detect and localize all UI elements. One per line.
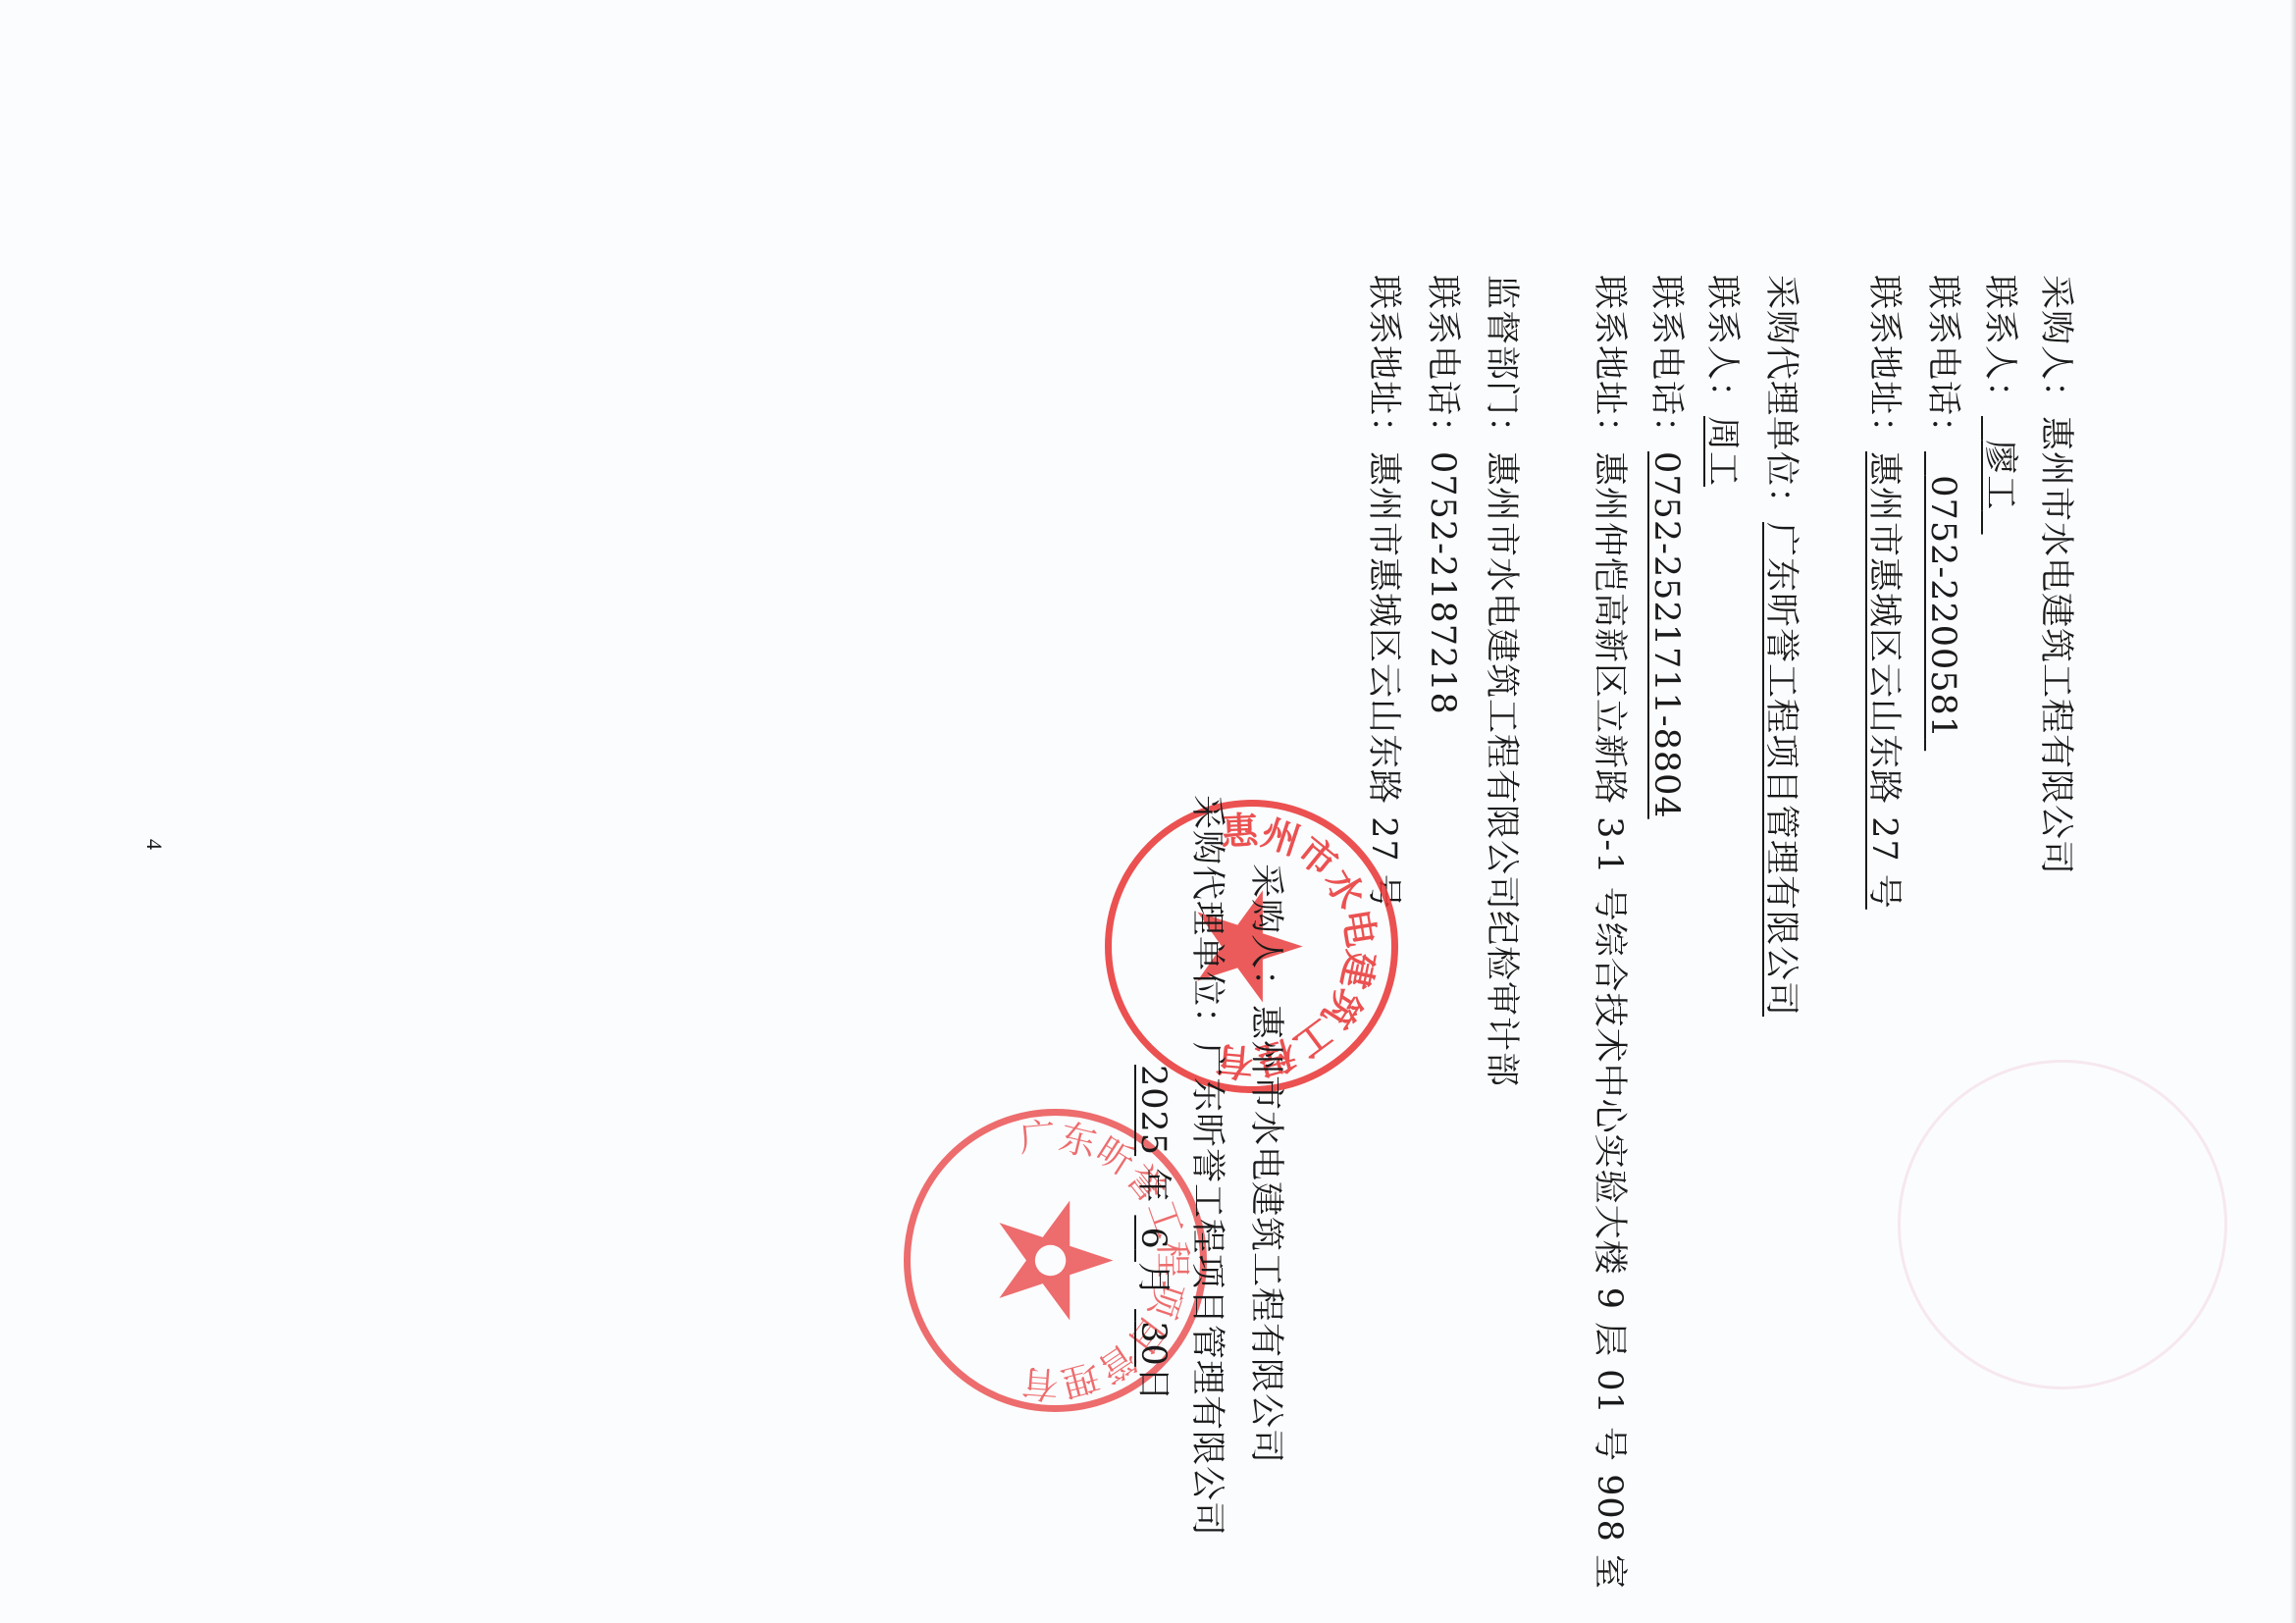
purchaser-line: 采购人：惠州市水电建筑工程有限公司 [2036, 275, 2075, 875]
faint-ghost-stamp [1898, 1060, 2227, 1389]
purchaser-phone-value: 0752-2200581 [1923, 451, 1962, 751]
supervisor-phone-value: 0752-2187218 [1423, 451, 1462, 715]
agency-phone-label: 联系电话： [1646, 275, 1686, 451]
page-number: 4 [141, 839, 167, 850]
purchaser-label: 采购人： [2036, 275, 2075, 416]
purchaser-contact-line: 联系人： 廖工 [1980, 275, 2019, 535]
agency-line: 采购代理单位：广东昕誉工程项目管理有限公司 [1761, 275, 1800, 1017]
sign-purchaser-value: 惠州市水电建筑工程有限公司 [1246, 1005, 1285, 1464]
purchaser-address-line: 联系地址：惠州市惠城区云山东路 27 号 [1864, 275, 1904, 910]
scan-edge [2290, 0, 2296, 1623]
supervisor-address-label: 联系地址： [1364, 275, 1403, 451]
agency-contact-label: 联系人： [1702, 275, 1742, 416]
year-unit: 年 [1133, 1168, 1173, 1203]
supervisor-phone-line: 联系电话：0752-2187218 [1423, 275, 1462, 715]
purchaser-value: 惠州市水电建筑工程有限公司 [2036, 416, 2075, 875]
date-day: 30 [1133, 1309, 1173, 1367]
purchaser-contact-label: 联系人： [1980, 275, 2019, 416]
date-year: 2025 [1133, 1065, 1173, 1156]
agency-label: 采购代理单位： [1761, 275, 1800, 522]
agency-phone-value: 0752-2521711-8804 [1646, 451, 1686, 819]
sign-agency-value: 广东昕誉工程项目管理有限公司 [1187, 1042, 1226, 1537]
purchaser-contact-value: 廖工 [1980, 416, 2019, 535]
agency-phone-line: 联系电话：0752-2521711-8804 [1646, 275, 1686, 819]
star-icon [999, 1201, 1113, 1321]
agency-value: 广东昕誉工程项目管理有限公司 [1761, 522, 1800, 1017]
purchaser-address-label: 联系地址： [1864, 275, 1904, 451]
agency-contact-line: 联系人：周工 [1702, 275, 1742, 487]
agency-address-label: 联系地址： [1590, 275, 1629, 451]
sign-date-line: 2025 年 6 月 30日 [1133, 1065, 1173, 1402]
date-month: 6 [1133, 1215, 1173, 1262]
supervisor-address-value: 惠州市惠城区云山东路 27 号 [1364, 451, 1403, 910]
supervisor-line: 监督部门：惠州市水电建筑工程有限公司纪检审计部 [1482, 275, 1521, 1087]
purchaser-phone-label: 联系电话： [1923, 275, 1962, 451]
supervisor-label: 监督部门： [1482, 275, 1521, 451]
purchaser-phone-line: 联系电话： 0752-2200581 [1923, 275, 1962, 751]
document-page: 采购人：惠州市水电建筑工程有限公司 联系人： 廖工 联系电话： 0752-220… [0, 0, 2296, 1623]
day-unit: 日 [1133, 1367, 1173, 1402]
supervisor-value: 惠州市水电建筑工程有限公司纪检审计部 [1482, 451, 1521, 1087]
supervisor-phone-label: 联系电话： [1423, 275, 1462, 451]
agency-contact-value: 周工 [1702, 416, 1742, 487]
supervisor-address-line: 联系地址：惠州市惠城区云山东路 27 号 [1364, 275, 1403, 910]
sign-agency-line: 采购代理单位：广东昕誉工程项目管理有限公司 [1187, 795, 1226, 1537]
sign-agency-label: 采购代理单位： [1187, 795, 1226, 1042]
agency-address-value: 惠州仲恺高新区立新路 3-1 号综合技术中心实验大楼 9 层 01 号 908 … [1590, 451, 1629, 1590]
sign-purchaser-line: 采购人：惠州市水电建筑工程有限公司 [1246, 864, 1285, 1464]
agency-address-line: 联系地址：惠州仲恺高新区立新路 3-1 号综合技术中心实验大楼 9 层 01 号… [1590, 275, 1629, 1590]
month-unit: 月 [1133, 1262, 1173, 1297]
purchaser-address-value: 惠州市惠城区云山东路 27 号 [1864, 451, 1904, 910]
sign-purchaser-label: 采购人： [1246, 864, 1285, 1005]
